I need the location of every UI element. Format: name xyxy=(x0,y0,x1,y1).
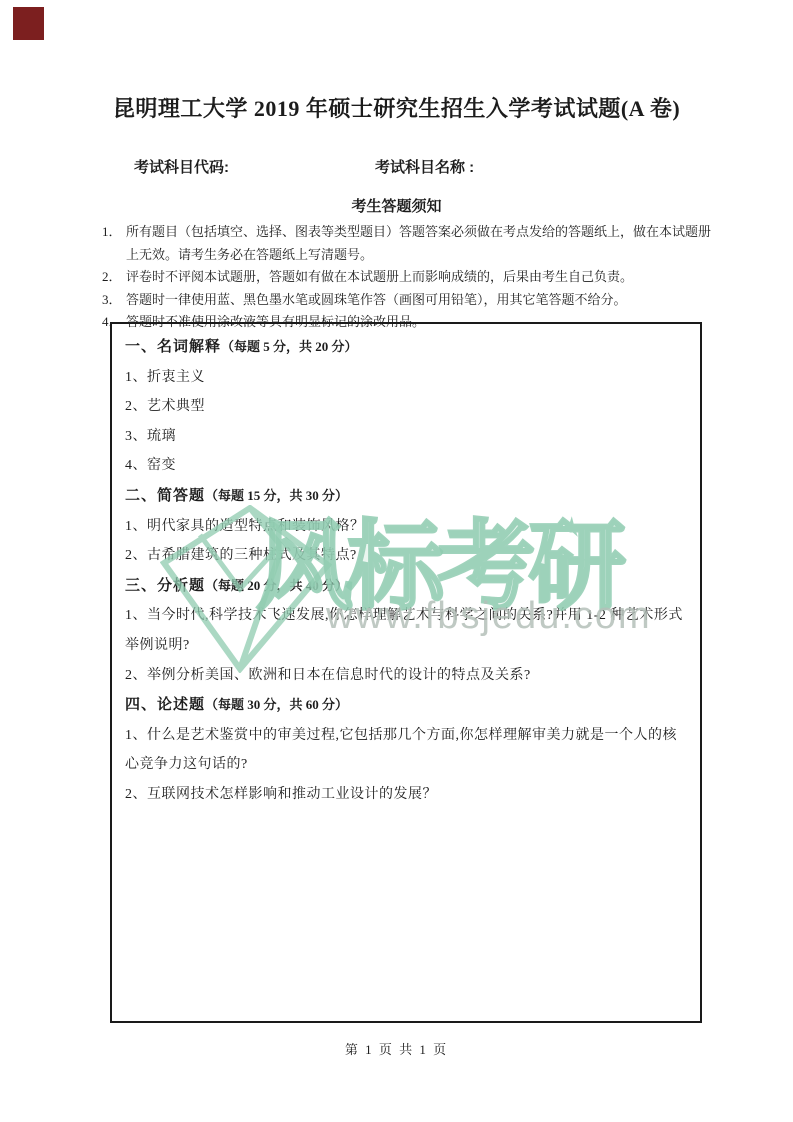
notice-list: 1． 所有题目（包括填空、选择、图表等类型题目）答题答案必须做在考点发给的答题纸… xyxy=(102,221,712,334)
section-3-heading: 三、分析题（每题 20 分，共 40 分） xyxy=(125,571,687,602)
notice-item: 1． 所有题目（包括填空、选择、图表等类型题目）答题答案必须做在考点发给的答题纸… xyxy=(102,221,712,266)
question: 1、什么是艺术鉴赏中的审美过程,它包括那几个方面,你怎样理解审美力就是一个人的核… xyxy=(125,721,687,780)
notice-item-text: 答题时一律使用蓝、黑色墨水笔或圆珠笔作答（画图可用铅笔），用其它笔答题不给分。 xyxy=(126,289,712,312)
question: 2、艺术典型 xyxy=(125,392,687,422)
subject-code-label: 考试科目代码: xyxy=(134,156,229,177)
question: 1、当今时代,科学技术飞速发展,你怎样理解艺术与科学之间的关系?并用 1-2 种… xyxy=(125,601,687,660)
notice-item-number: 3． xyxy=(102,289,126,312)
section-4-heading: 四、论述题（每题 30 分，共 60 分） xyxy=(125,690,687,721)
question: 2、古希腊建筑的三种柱式及其特点? xyxy=(125,541,687,571)
question: 2、举例分析美国、欧洲和日本在信息时代的设计的特点及关系? xyxy=(125,661,687,691)
question: 4、窑变 xyxy=(125,451,687,481)
notice-item-text: 所有题目（包括填空、选择、图表等类型题目）答题答案必须做在考点发给的答题纸上，做… xyxy=(126,221,712,266)
section-1-heading: 一、名词解释（每题 5 分，共 20 分） xyxy=(125,332,687,363)
page-title: 昆明理工大学 2019 年硕士研究生招生入学考试试题(A 卷) xyxy=(0,92,793,123)
page-number: 第 1 页 共 1 页 xyxy=(0,1039,793,1058)
notice-heading: 考生答题须知 xyxy=(0,195,793,216)
question: 1、明代家具的造型特点和装饰风格？ xyxy=(125,512,687,542)
question: 2、互联网技术怎样影响和推动工业设计的发展？ xyxy=(125,780,687,810)
notice-item: 2． 评卷时不评阅本试题册，答题如有做在本试题册上而影响成绩的，后果由考生自己负… xyxy=(102,266,712,289)
subject-name-label: 考试科目名称 : xyxy=(375,156,474,177)
question-box: 一、名词解释（每题 5 分，共 20 分） 1、折衷主义 2、艺术典型 3、琉璃… xyxy=(110,322,702,1023)
corner-red-stamp xyxy=(13,7,44,40)
subject-row: 考试科目代码: 考试科目名称 : xyxy=(0,156,793,178)
section-2-heading: 二、简答题（每题 15 分，共 30 分） xyxy=(125,481,687,512)
notice-item: 3． 答题时一律使用蓝、黑色墨水笔或圆珠笔作答（画图可用铅笔），用其它笔答题不给… xyxy=(102,289,712,312)
notice-item-text: 评卷时不评阅本试题册，答题如有做在本试题册上而影响成绩的，后果由考生自己负责。 xyxy=(126,266,712,289)
question: 1、折衷主义 xyxy=(125,363,687,393)
notice-item-number: 2． xyxy=(102,266,126,289)
question: 3、琉璃 xyxy=(125,422,687,452)
notice-item-number: 1． xyxy=(102,221,126,266)
